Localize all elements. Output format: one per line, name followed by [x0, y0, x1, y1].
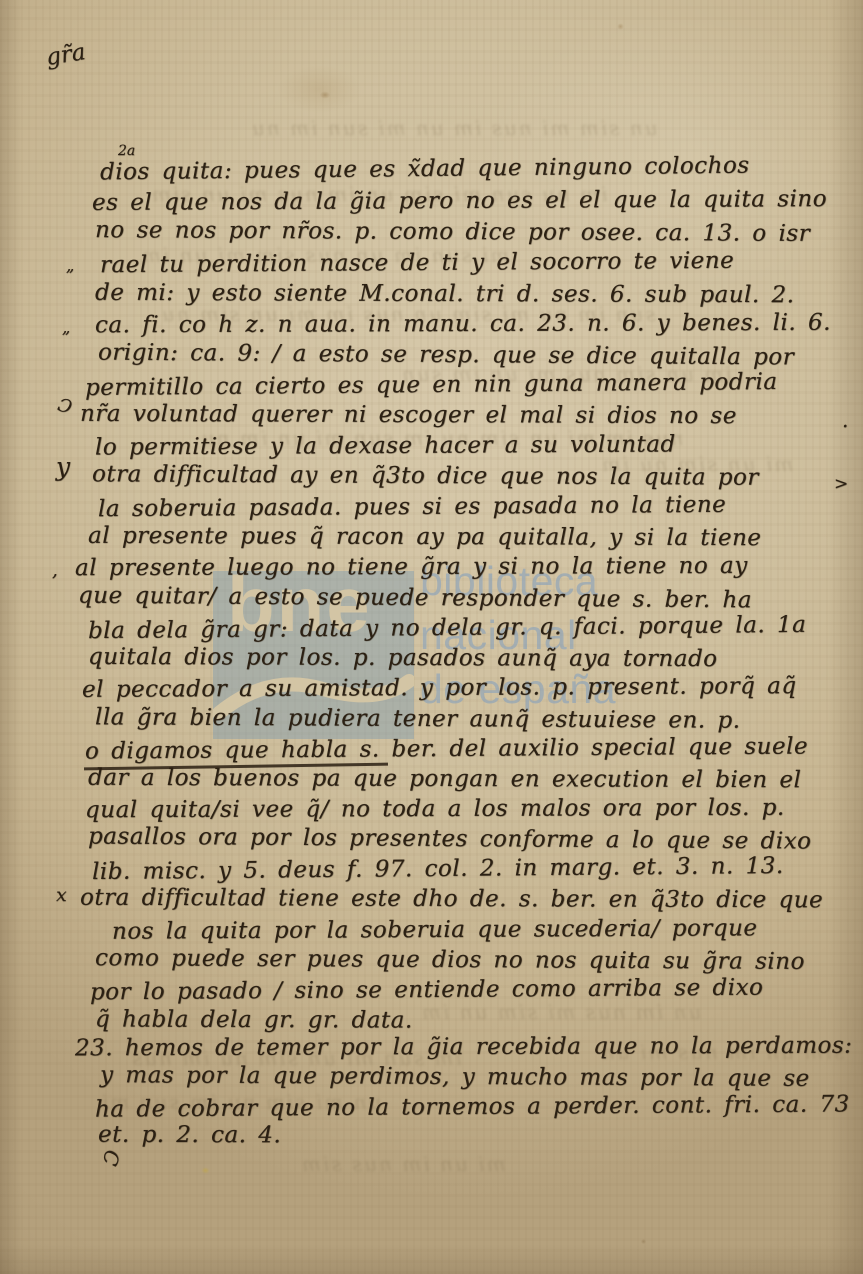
manuscript-line: dios quita: pues que es x̃dad que ningun…	[100, 153, 750, 186]
manuscript-line: qual quita/si vee q̃/ no toda a los malo…	[85, 795, 785, 823]
manuscript-line: permitillo ca cierto es que en nin guna …	[85, 369, 778, 401]
margin-caret-mark: >	[834, 474, 848, 494]
margin-quote-mark: „	[62, 318, 70, 337]
margin-comma-mark: ,	[52, 560, 58, 581]
manuscript-line: como puede ser pues que dios no nos quit…	[95, 945, 805, 975]
manuscript-line: otra difficultad tiene este dho de. s. b…	[80, 885, 823, 914]
margin-flourish: Ɔ	[56, 395, 75, 419]
manuscript-line: es el que nos da la g̃ia pero no es el e…	[92, 186, 827, 216]
manuscript-line: nr̃a voluntad querer ni escoger el mal s…	[80, 401, 737, 429]
manuscript-line: rael tu perdition nasce de ti y el socor…	[100, 248, 734, 278]
manuscript-line: otra difficultad ay en q̃3to dice que no…	[92, 461, 759, 490]
manuscript-line: dar a los buenos pa que pongan en execut…	[88, 765, 801, 793]
manuscript-line: lo permitiese y la dexase hacer a su vol…	[95, 431, 676, 460]
manuscript-line: lla g̃ra bien la pudiera tener aunq̃ est…	[95, 704, 741, 733]
manuscript-line: lib. misc. y 5. deus f. 97. col. 2. in m…	[92, 853, 784, 885]
manuscript-line: quitala dios por los. p. pasados aunq̃ a…	[88, 644, 718, 672]
manuscript-line: no se nos por nr̃os. p. como dice por os…	[95, 217, 810, 247]
manuscript-line: por lo pasado / sino se entiende como ar…	[90, 975, 764, 1006]
manuscript-line: de mi: y esto siente M.conal. tri d. ses…	[95, 280, 795, 308]
margin-cross-mark: x	[56, 884, 67, 906]
manuscript-line: ca. fi. co h z. n aua. in manu. ca. 23. …	[95, 310, 831, 339]
manuscript-line: et. p. 2. ca. 4.	[98, 1122, 281, 1149]
manuscript-line: al presente pues q̃ racon ay pa quitalla…	[88, 523, 761, 551]
superscript-mark: 2a	[118, 143, 135, 159]
margin-dot-mark: .	[842, 408, 848, 432]
margin-paragraph-mark: y	[56, 452, 70, 481]
manuscript-line: o digamos que habla s. ber. del auxilio …	[85, 733, 808, 764]
manuscript-page: bne biblioteca nacional de españa un sim…	[0, 0, 863, 1274]
manuscript-line: y mas por la que perdimos, y mucho mas p…	[100, 1062, 810, 1092]
manuscript-line: q̃ habla dela gr. gr. data.	[95, 1006, 413, 1033]
end-flourish: Ɔ	[98, 1147, 125, 1168]
manuscript-line: el peccador a su amistad. y por los. p. …	[82, 673, 797, 703]
margin-quote-mark: „	[66, 256, 74, 275]
manuscript-line: nos la quita por la soberuia que suceder…	[112, 915, 758, 944]
manuscript-line: 23. hemos de temer por la g̃ia recebida …	[75, 1033, 852, 1062]
manuscript-line: origin: ca. 9: / a esto se resp. que se …	[98, 340, 794, 371]
manuscript-line: pasallos ora por los presentes conforme …	[88, 823, 812, 854]
manuscript-line: al presente luego no tiene g̃ra y si no …	[75, 553, 748, 581]
manuscript-line: bla dela g̃ra gr: data y no dela gr. q. …	[88, 612, 807, 644]
manuscript-line: ha de cobrar que no la tornemos a perder…	[95, 1091, 850, 1122]
manuscript-line: la soberuia pasada. pues si es pasada no…	[98, 492, 726, 522]
margin-note-gra: gr̃a	[44, 39, 87, 71]
handwriting-layer: gr̃a 2a dios quita: pues que es x̃dad qu…	[0, 0, 863, 1274]
manuscript-line: que quitar/ a esto se puede responder qu…	[78, 583, 752, 614]
